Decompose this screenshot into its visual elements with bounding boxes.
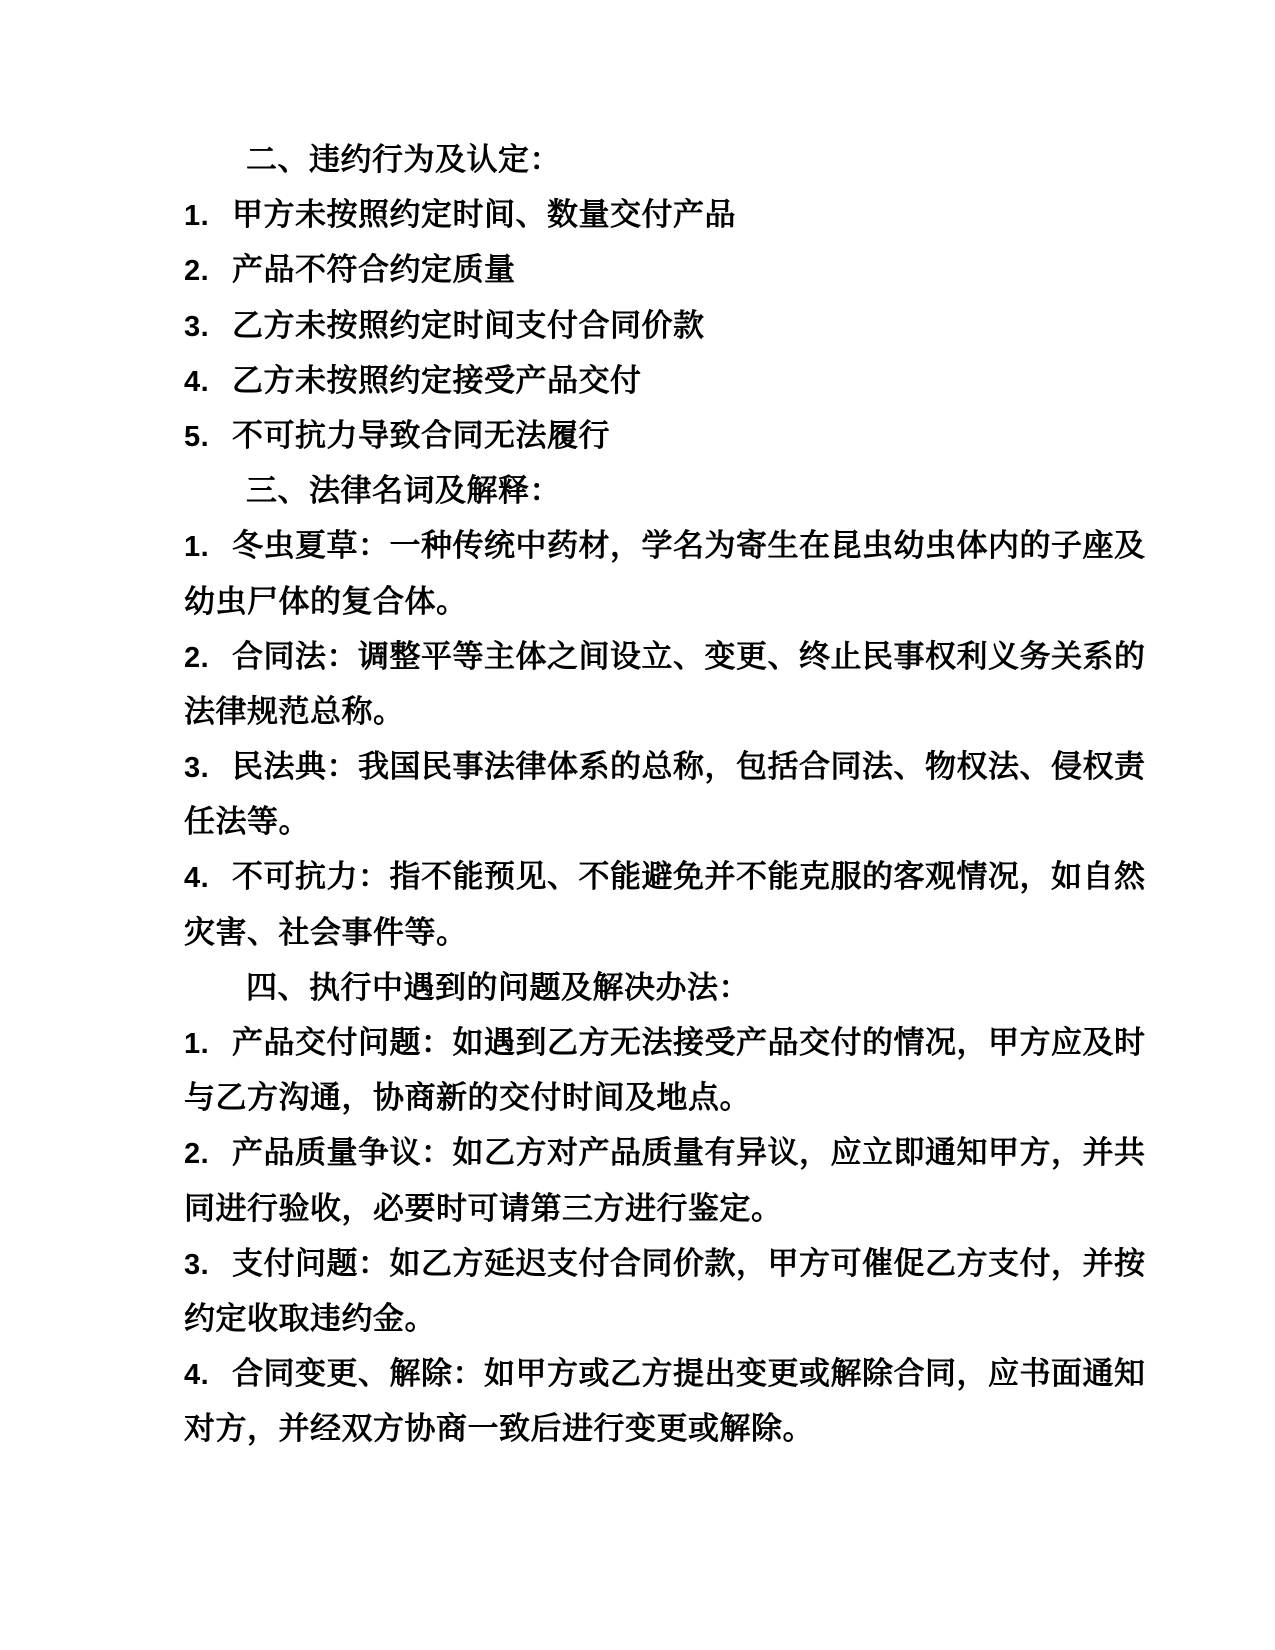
- list-item-line: 3.民法典：我国民事法律体系的总称，包括合同法、物权法、侵权责: [184, 739, 1114, 794]
- list-item-line: 2.产品不符合约定质量: [184, 242, 1114, 297]
- item-text: 合同法：调整平等主体之间设立、变更、终止民事权利义务关系的: [232, 639, 1146, 674]
- item-number: 2.: [184, 1127, 232, 1182]
- item-text: 乙方未按照约定接受产品交付: [232, 363, 642, 398]
- continuation-line: 幼虫尸体的复合体。: [184, 574, 1114, 629]
- item-number: 3.: [184, 741, 232, 796]
- list-item-line: 4.乙方未按照约定接受产品交付: [184, 353, 1114, 408]
- item-number: 4.: [184, 355, 232, 410]
- item-number: 2.: [184, 631, 232, 686]
- item-text: 支付问题：如乙方延迟支付合同价款，甲方可催促乙方支付，并按: [232, 1246, 1146, 1281]
- continuation-line: 与乙方沟通，协商新的交付时间及地点。: [184, 1070, 1114, 1125]
- list-item-line: 4.合同变更、解除：如甲方或乙方提出变更或解除合同，应书面通知: [184, 1346, 1114, 1401]
- continuation-line: 对方，并经双方协商一致后进行变更或解除。: [184, 1401, 1114, 1456]
- item-text: 合同变更、解除：如甲方或乙方提出变更或解除合同，应书面通知: [232, 1356, 1146, 1391]
- section-heading: 三、法律名词及解释：: [184, 463, 1114, 518]
- item-number: 4.: [184, 1348, 232, 1403]
- list-item-line: 3.乙方未按照约定时间支付合同价款: [184, 298, 1114, 353]
- item-text: 不可抗力：指不能预见、不能避免并不能克服的客观情况，如自然: [232, 859, 1146, 894]
- item-number: 1.: [184, 1017, 232, 1072]
- item-number: 4.: [184, 851, 232, 906]
- list-item-line: 1.冬虫夏草：一种传统中药材，学名为寄生在昆虫幼虫体内的子座及: [184, 518, 1114, 573]
- item-text: 冬虫夏草：一种传统中药材，学名为寄生在昆虫幼虫体内的子座及: [232, 528, 1146, 563]
- document-content: 二、违约行为及认定：1.甲方未按照约定时间、数量交付产品2.产品不符合约定质量3…: [184, 132, 1114, 1457]
- continuation-line: 任法等。: [184, 794, 1114, 849]
- list-item-line: 4.不可抗力：指不能预见、不能避免并不能克服的客观情况，如自然: [184, 849, 1114, 904]
- item-number: 2.: [184, 244, 232, 299]
- document-page: 二、违约行为及认定：1.甲方未按照约定时间、数量交付产品2.产品不符合约定质量3…: [0, 0, 1275, 1650]
- item-number: 1.: [184, 189, 232, 244]
- continuation-line: 灾害、社会事件等。: [184, 905, 1114, 960]
- item-text: 甲方未按照约定时间、数量交付产品: [232, 197, 736, 232]
- item-text: 不可抗力导致合同无法履行: [232, 418, 610, 453]
- list-item-line: 1.甲方未按照约定时间、数量交付产品: [184, 187, 1114, 242]
- item-text: 乙方未按照约定时间支付合同价款: [232, 308, 705, 343]
- item-text: 产品交付问题：如遇到乙方无法接受产品交付的情况，甲方应及时: [232, 1025, 1146, 1060]
- item-text: 产品质量争议：如乙方对产品质量有异议，应立即通知甲方，并共: [232, 1135, 1146, 1170]
- item-number: 3.: [184, 300, 232, 355]
- list-item-line: 3.支付问题：如乙方延迟支付合同价款，甲方可催促乙方支付，并按: [184, 1236, 1114, 1291]
- item-number: 1.: [184, 520, 232, 575]
- item-text: 民法典：我国民事法律体系的总称，包括合同法、物权法、侵权责: [232, 749, 1146, 784]
- item-number: 3.: [184, 1238, 232, 1293]
- section-heading: 二、违约行为及认定：: [184, 132, 1114, 187]
- item-text: 产品不符合约定质量: [232, 252, 516, 287]
- continuation-line: 约定收取违约金。: [184, 1291, 1114, 1346]
- section-heading: 四、执行中遇到的问题及解决办法：: [184, 960, 1114, 1015]
- continuation-line: 法律规范总称。: [184, 684, 1114, 739]
- continuation-line: 同进行验收，必要时可请第三方进行鉴定。: [184, 1181, 1114, 1236]
- list-item-line: 1.产品交付问题：如遇到乙方无法接受产品交付的情况，甲方应及时: [184, 1015, 1114, 1070]
- item-number: 5.: [184, 410, 232, 465]
- list-item-line: 5.不可抗力导致合同无法履行: [184, 408, 1114, 463]
- list-item-line: 2.产品质量争议：如乙方对产品质量有异议，应立即通知甲方，并共: [184, 1125, 1114, 1180]
- list-item-line: 2.合同法：调整平等主体之间设立、变更、终止民事权利义务关系的: [184, 629, 1114, 684]
